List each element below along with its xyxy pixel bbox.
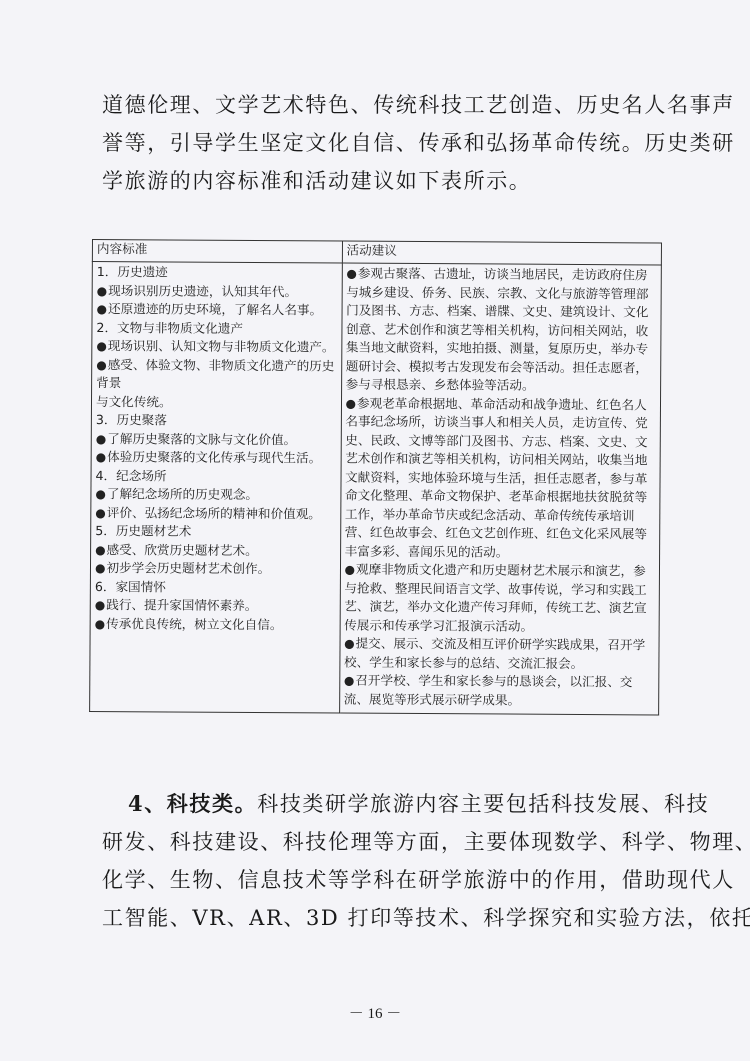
activity-item: 参观老革命根据地、革命活动和战争遗址、红色名人名事纪念场所，访谈当事人和相关人员… xyxy=(345,394,657,562)
standard-item: 感受、体验文物、非物质文化遗产的历史背景 xyxy=(96,356,338,394)
page-number: － 16 － xyxy=(0,1002,750,1023)
standard-section-title: 3．历史聚落 xyxy=(96,411,338,431)
intro-line: 誉等，引导学生坚定文化自信、传承和弘扬革命传统。历史类研 xyxy=(102,124,662,162)
content-standards-cell: 1．历史遗迹现场识别历史遗迹，认知其年代。还原遗迹的历史环境，了解名人名事。2．… xyxy=(90,262,342,714)
standard-item: 了解纪念场所的历史观念。 xyxy=(95,485,337,505)
standard-item: 初步学会历史题材艺术创作。 xyxy=(95,559,337,579)
table-row: 1．历史遗迹现场识别历史遗迹，认知其年代。还原遗迹的历史环境，了解名人名事。2．… xyxy=(90,262,662,715)
standard-item: 体验历史聚落的文化传承与现代生活。 xyxy=(96,448,338,468)
standard-item: 感受、欣赏历史题材艺术。 xyxy=(95,541,337,561)
standard-item: 了解历史聚落的文脉与文化价值。 xyxy=(96,430,338,450)
standard-item: 传承优良传统，树立文化自信。 xyxy=(95,615,337,635)
history-content-table: 内容标准 活动建议 1．历史遗迹现场识别历史遗迹，认知其年代。还原遗迹的历史环境… xyxy=(89,239,662,715)
intro-paragraph: 道德伦理、文学艺术特色、传统科技工艺创造、历史名人名事声 誉等，引导学生坚定文化… xyxy=(102,86,662,200)
intro-line: 道德伦理、文学艺术特色、传统科技工艺创造、历史名人名事声 xyxy=(102,86,662,124)
standard-item: 评价、弘扬纪念场所的精神和价值观。 xyxy=(95,504,337,524)
tech-line-text: 科技类研学旅游内容主要包括科技发展、科技 xyxy=(257,792,709,816)
activity-item: 提交、展示、交流及相互评价研学实践成果，召开学校、学生和家长参与的总结、交流汇报… xyxy=(344,635,656,674)
standard-section-title: 4．纪念场所 xyxy=(95,467,337,487)
standard-section-title: 2．文物与非物质文化遗产 xyxy=(96,319,338,339)
standard-section-title: 1．历史遗迹 xyxy=(97,263,339,283)
tech-line: 化学、生物、信息技术等学科在研学旅游中的作用，借助现代人 xyxy=(102,861,662,899)
standard-item: 还原遗迹的历史环境，了解名人名事。 xyxy=(97,300,339,320)
tech-paragraph: 4、科技类。科技类研学旅游内容主要包括科技发展、科技 研发、科技建设、科技伦理等… xyxy=(102,785,662,937)
tech-line: 工智能、VR、AR、3D 打印等技术、科学探究和实验方法，依托 xyxy=(102,899,662,937)
header-content-standards: 内容标准 xyxy=(92,240,342,264)
standard-item: 现场识别历史遗迹，认知其年代。 xyxy=(97,282,339,302)
standard-item: 与文化传统。 xyxy=(96,393,338,413)
standard-section-title: 6．家国情怀 xyxy=(95,578,337,598)
activity-item: 观摩非物质文化遗产和历史题材艺术展示和演艺，参与抢救、整理民间语言文学、故事传说… xyxy=(344,561,656,637)
tech-heading: 4、科技类。 xyxy=(128,791,257,816)
activity-item: 召开学校、学生和家长参与的恳谈会，以汇报、交流、展览等形式展示研学成果。 xyxy=(344,672,656,711)
standard-item: 现场识别、认知文物与非物质文化遗产。 xyxy=(96,337,338,357)
standard-section-title: 5．历史题材艺术 xyxy=(95,522,337,542)
header-activity-suggestions: 活动建议 xyxy=(342,241,662,265)
activity-suggestions-cell: 参观古聚落、古遗址，访谈当地居民，走访政府住房与城乡建设、侨务、民族、宗教、文化… xyxy=(339,263,661,715)
tech-line: 研发、科技建设、科技伦理等方面，主要体现数学、科学、物理、 xyxy=(102,823,662,861)
activity-item: 参观古聚落、古遗址，访谈当地居民，走访政府住房与城乡建设、侨务、民族、宗教、文化… xyxy=(346,265,658,396)
standard-item: 践行、提升家国情怀素养。 xyxy=(95,596,337,616)
tech-line: 4、科技类。科技类研学旅游内容主要包括科技发展、科技 xyxy=(102,785,662,823)
intro-line: 学旅游的内容标准和活动建议如下表所示。 xyxy=(102,162,662,200)
